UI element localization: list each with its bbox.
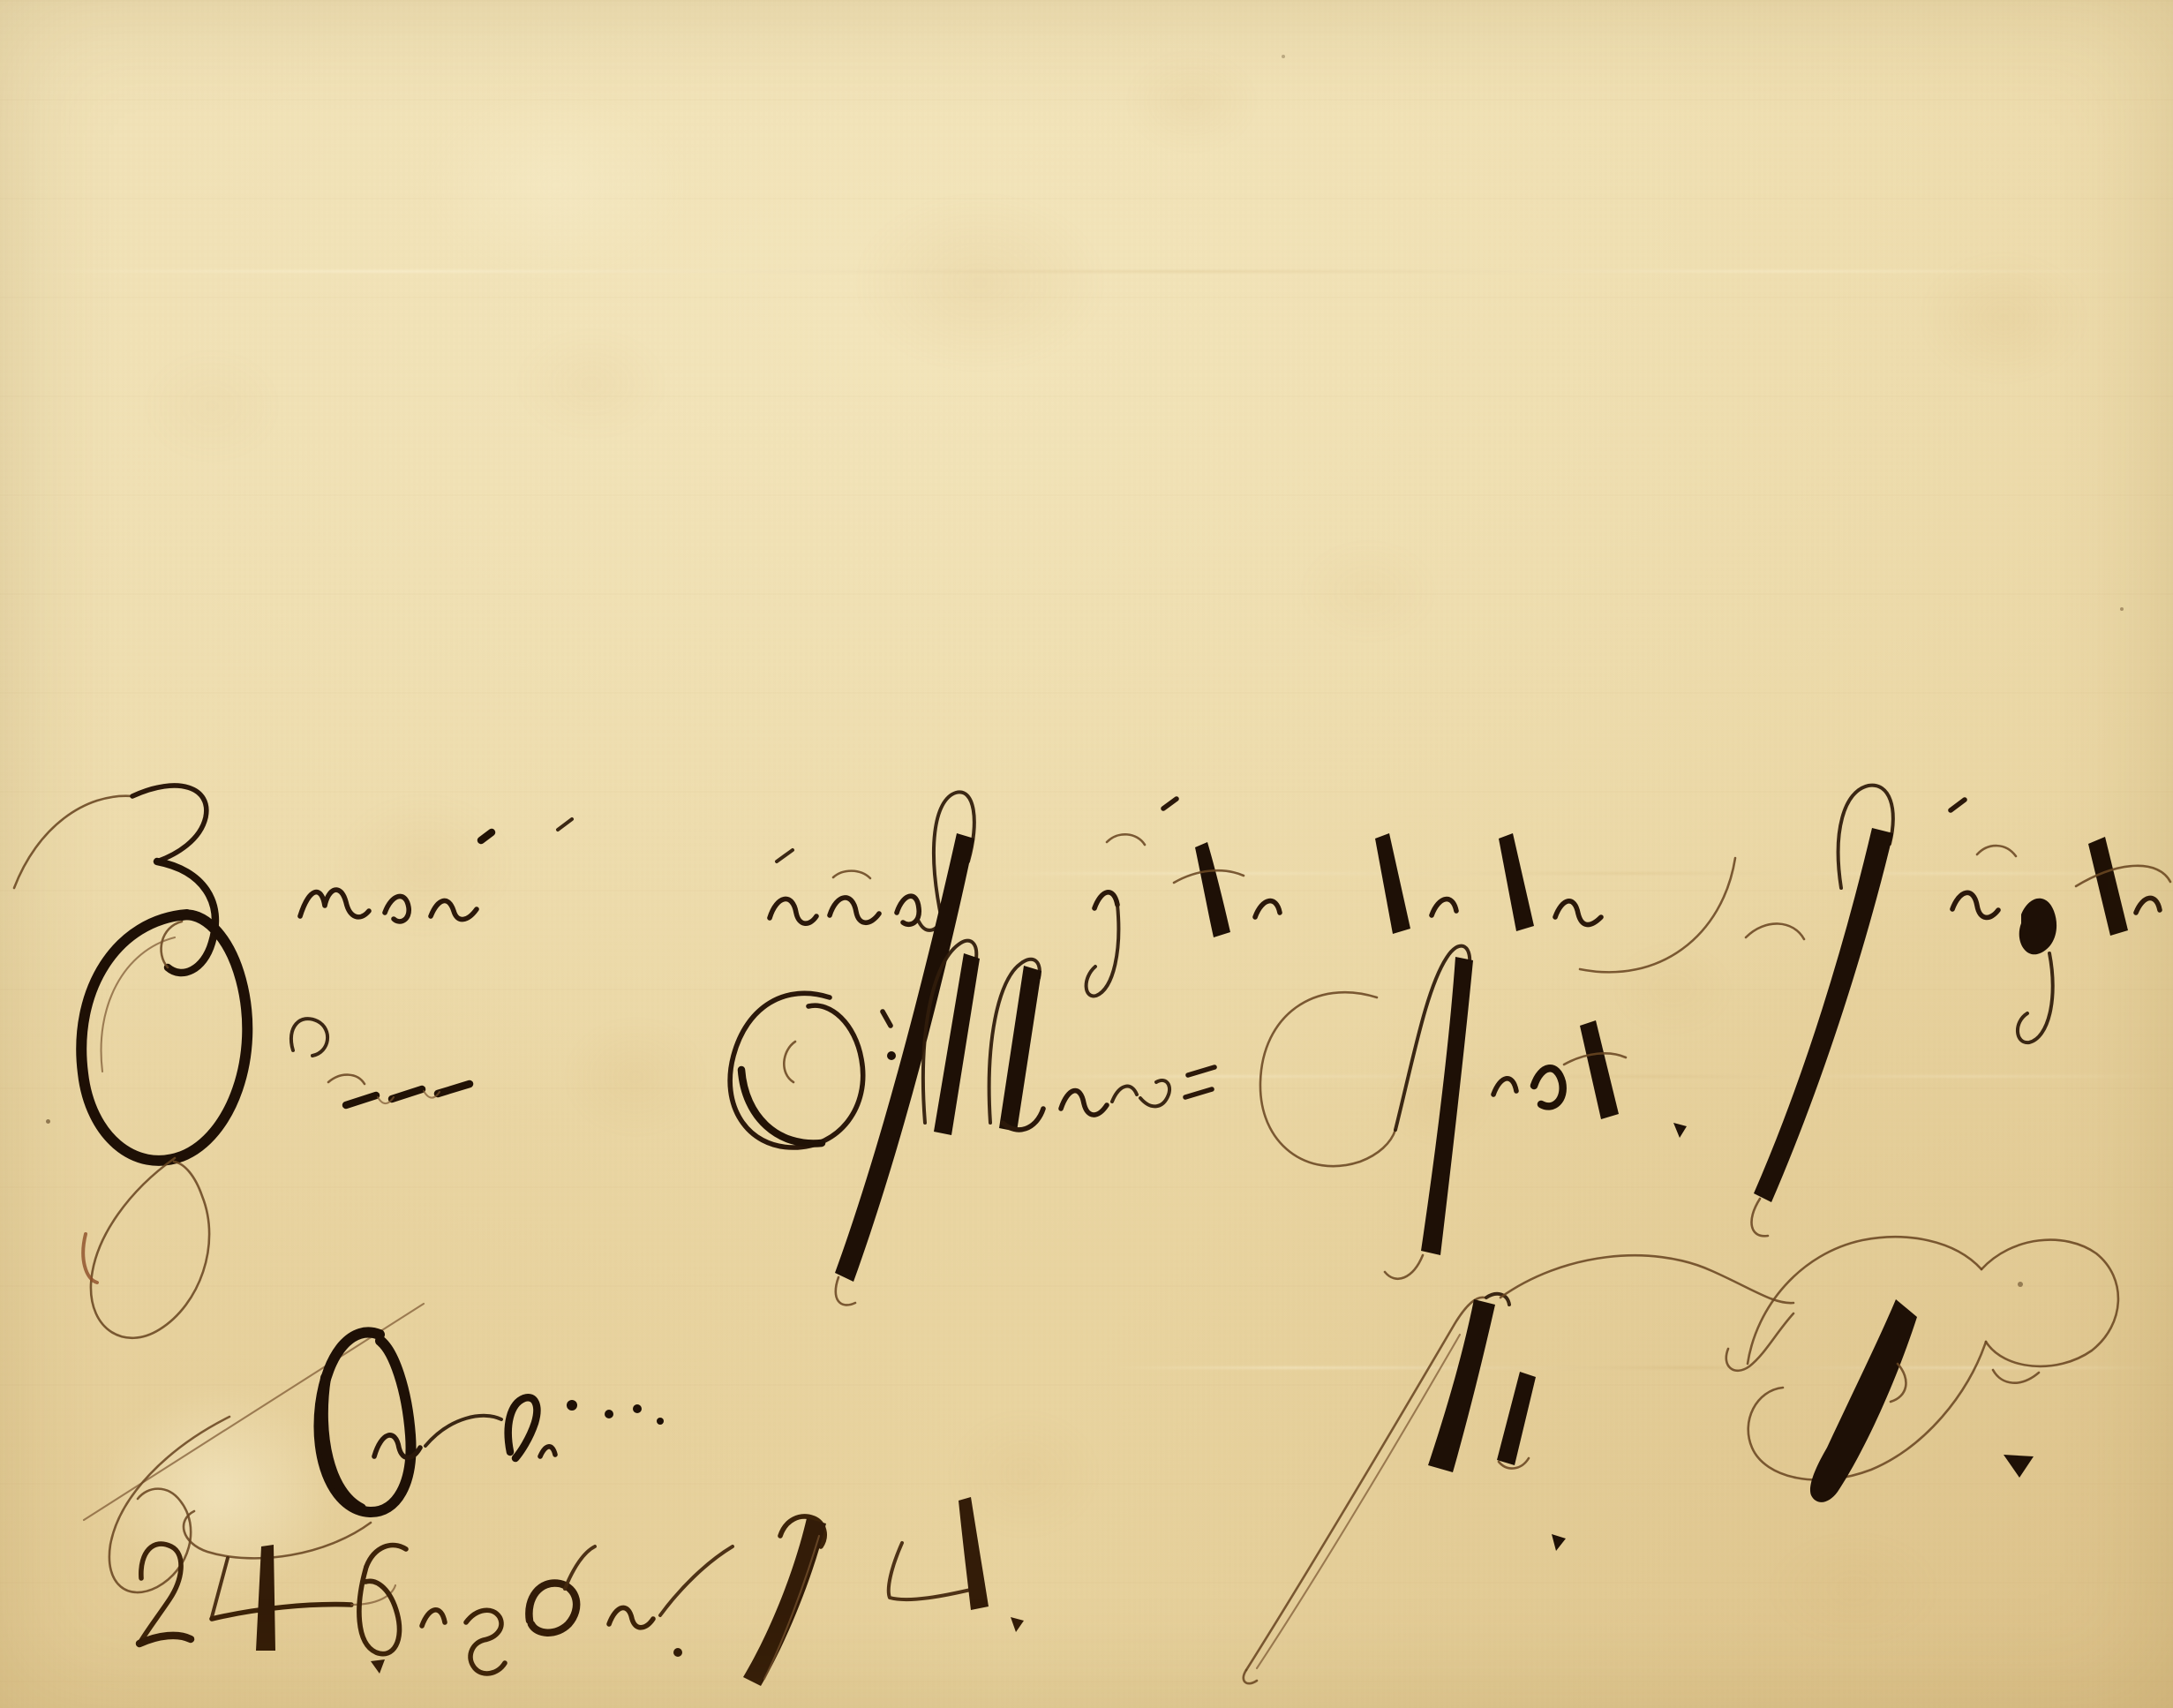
signature-initials: [1244, 1237, 2118, 1683]
manuscript-paper: Zwei ausgebrütete Früchte Zum Silber=Fes…: [0, 0, 2173, 1708]
handwriting-line-1: [14, 786, 2170, 1305]
place-word: [84, 1304, 664, 1592]
date-line: [139, 1497, 1024, 1686]
handwriting-layer: [0, 0, 2173, 1708]
